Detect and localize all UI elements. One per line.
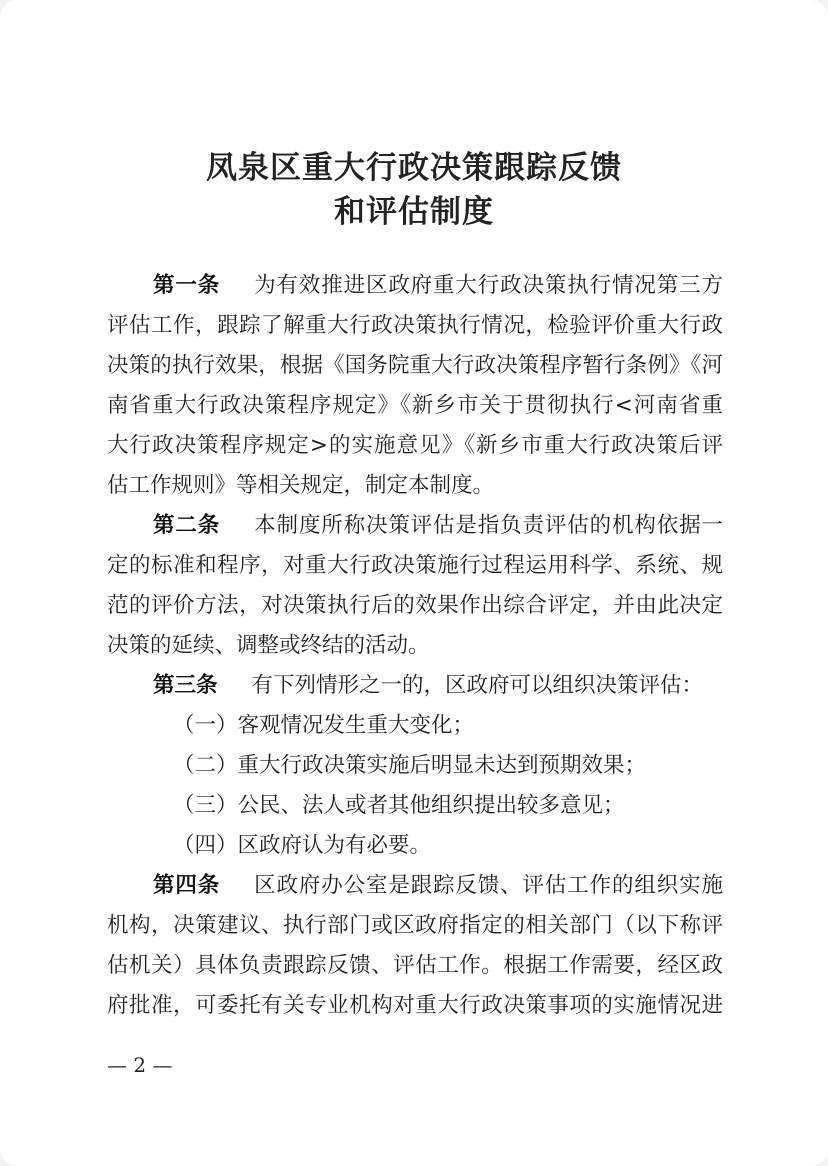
article-3-label: 第三条 [153, 673, 218, 698]
article-2-text: 本制度所称决策评估是指负责评估的机构依据一 [254, 513, 723, 538]
article-1-text: 为有效推进区政府重大行政决策执行情况第三方 [254, 273, 723, 298]
article-3-item-4: （四）区政府认为有必要。 [107, 826, 723, 866]
article-1-label: 第一条 [153, 273, 220, 298]
article-4-text: 区政府办公室是跟踪反馈、评估工作的组织实施 [254, 873, 723, 898]
article-3-item-2: （二）重大行政决策实施后明显未达到预期效果； [107, 746, 723, 786]
article-2-label: 第二条 [153, 513, 220, 538]
article-3-line-1: 第三条有下列情形之一的，区政府可以组织决策评估： [107, 666, 723, 706]
document-title-line-2: 和评估制度 [0, 186, 828, 231]
article-2-line-4: 决策的延续、调整或终结的活动。 [107, 626, 723, 666]
page-number: — 2 — [107, 1053, 172, 1077]
article-2-line-1: 第二条本制度所称决策评估是指负责评估的机构依据一 [107, 506, 723, 546]
article-3-item-1: （一）客观情况发生重大变化； [107, 706, 723, 746]
article-3-item-3: （三）公民、法人或者其他组织提出较多意见； [107, 786, 723, 826]
article-3-text: 有下列情形之一的，区政府可以组织决策评估： [252, 673, 704, 698]
document-page: 凤泉区重大行政决策跟踪反馈 和评估制度 第一条为有效推进区政府重大行政决策执行情… [0, 0, 828, 1166]
article-1-line-3: 决策的执行效果，根据《国务院重大行政决策程序暂行条例》《河 [107, 346, 723, 386]
article-4-line-1: 第四条区政府办公室是跟踪反馈、评估工作的组织实施 [107, 866, 723, 906]
article-1-line-2: 评估工作，跟踪了解重大行政决策执行情况，检验评价重大行政 [107, 306, 723, 346]
article-1-line-1: 第一条为有效推进区政府重大行政决策执行情况第三方 [107, 266, 723, 306]
document-title-line-1: 凤泉区重大行政决策跟踪反馈 [0, 142, 828, 187]
article-2-line-2: 定的标准和程序，对重大行政决策施行过程运用科学、系统、规 [107, 546, 723, 586]
article-2-line-3: 范的评价方法，对决策执行后的效果作出综合评定，并由此决定 [107, 586, 723, 626]
article-4-line-2: 机构，决策建议、执行部门或区政府指定的相关部门（以下称评 [107, 906, 723, 946]
article-1-line-5: 大行政决策程序规定>的实施意见》《新乡市重大行政决策后评 [107, 426, 723, 466]
article-1-line-6: 估工作规则》等相关规定，制定本制度。 [107, 466, 723, 506]
article-4-line-4: 府批准，可委托有关专业机构对重大行政决策事项的实施情况进 [107, 986, 723, 1026]
article-1-line-4: 南省重大行政决策程序规定》《新乡市关于贯彻执行<河南省重 [107, 386, 723, 426]
document-body: 第一条为有效推进区政府重大行政决策执行情况第三方 评估工作，跟踪了解重大行政决策… [107, 266, 723, 1026]
article-4-line-3: 估机关）具体负责跟踪反馈、评估工作。根据工作需要，经区政 [107, 946, 723, 986]
article-4-label: 第四条 [153, 873, 220, 898]
